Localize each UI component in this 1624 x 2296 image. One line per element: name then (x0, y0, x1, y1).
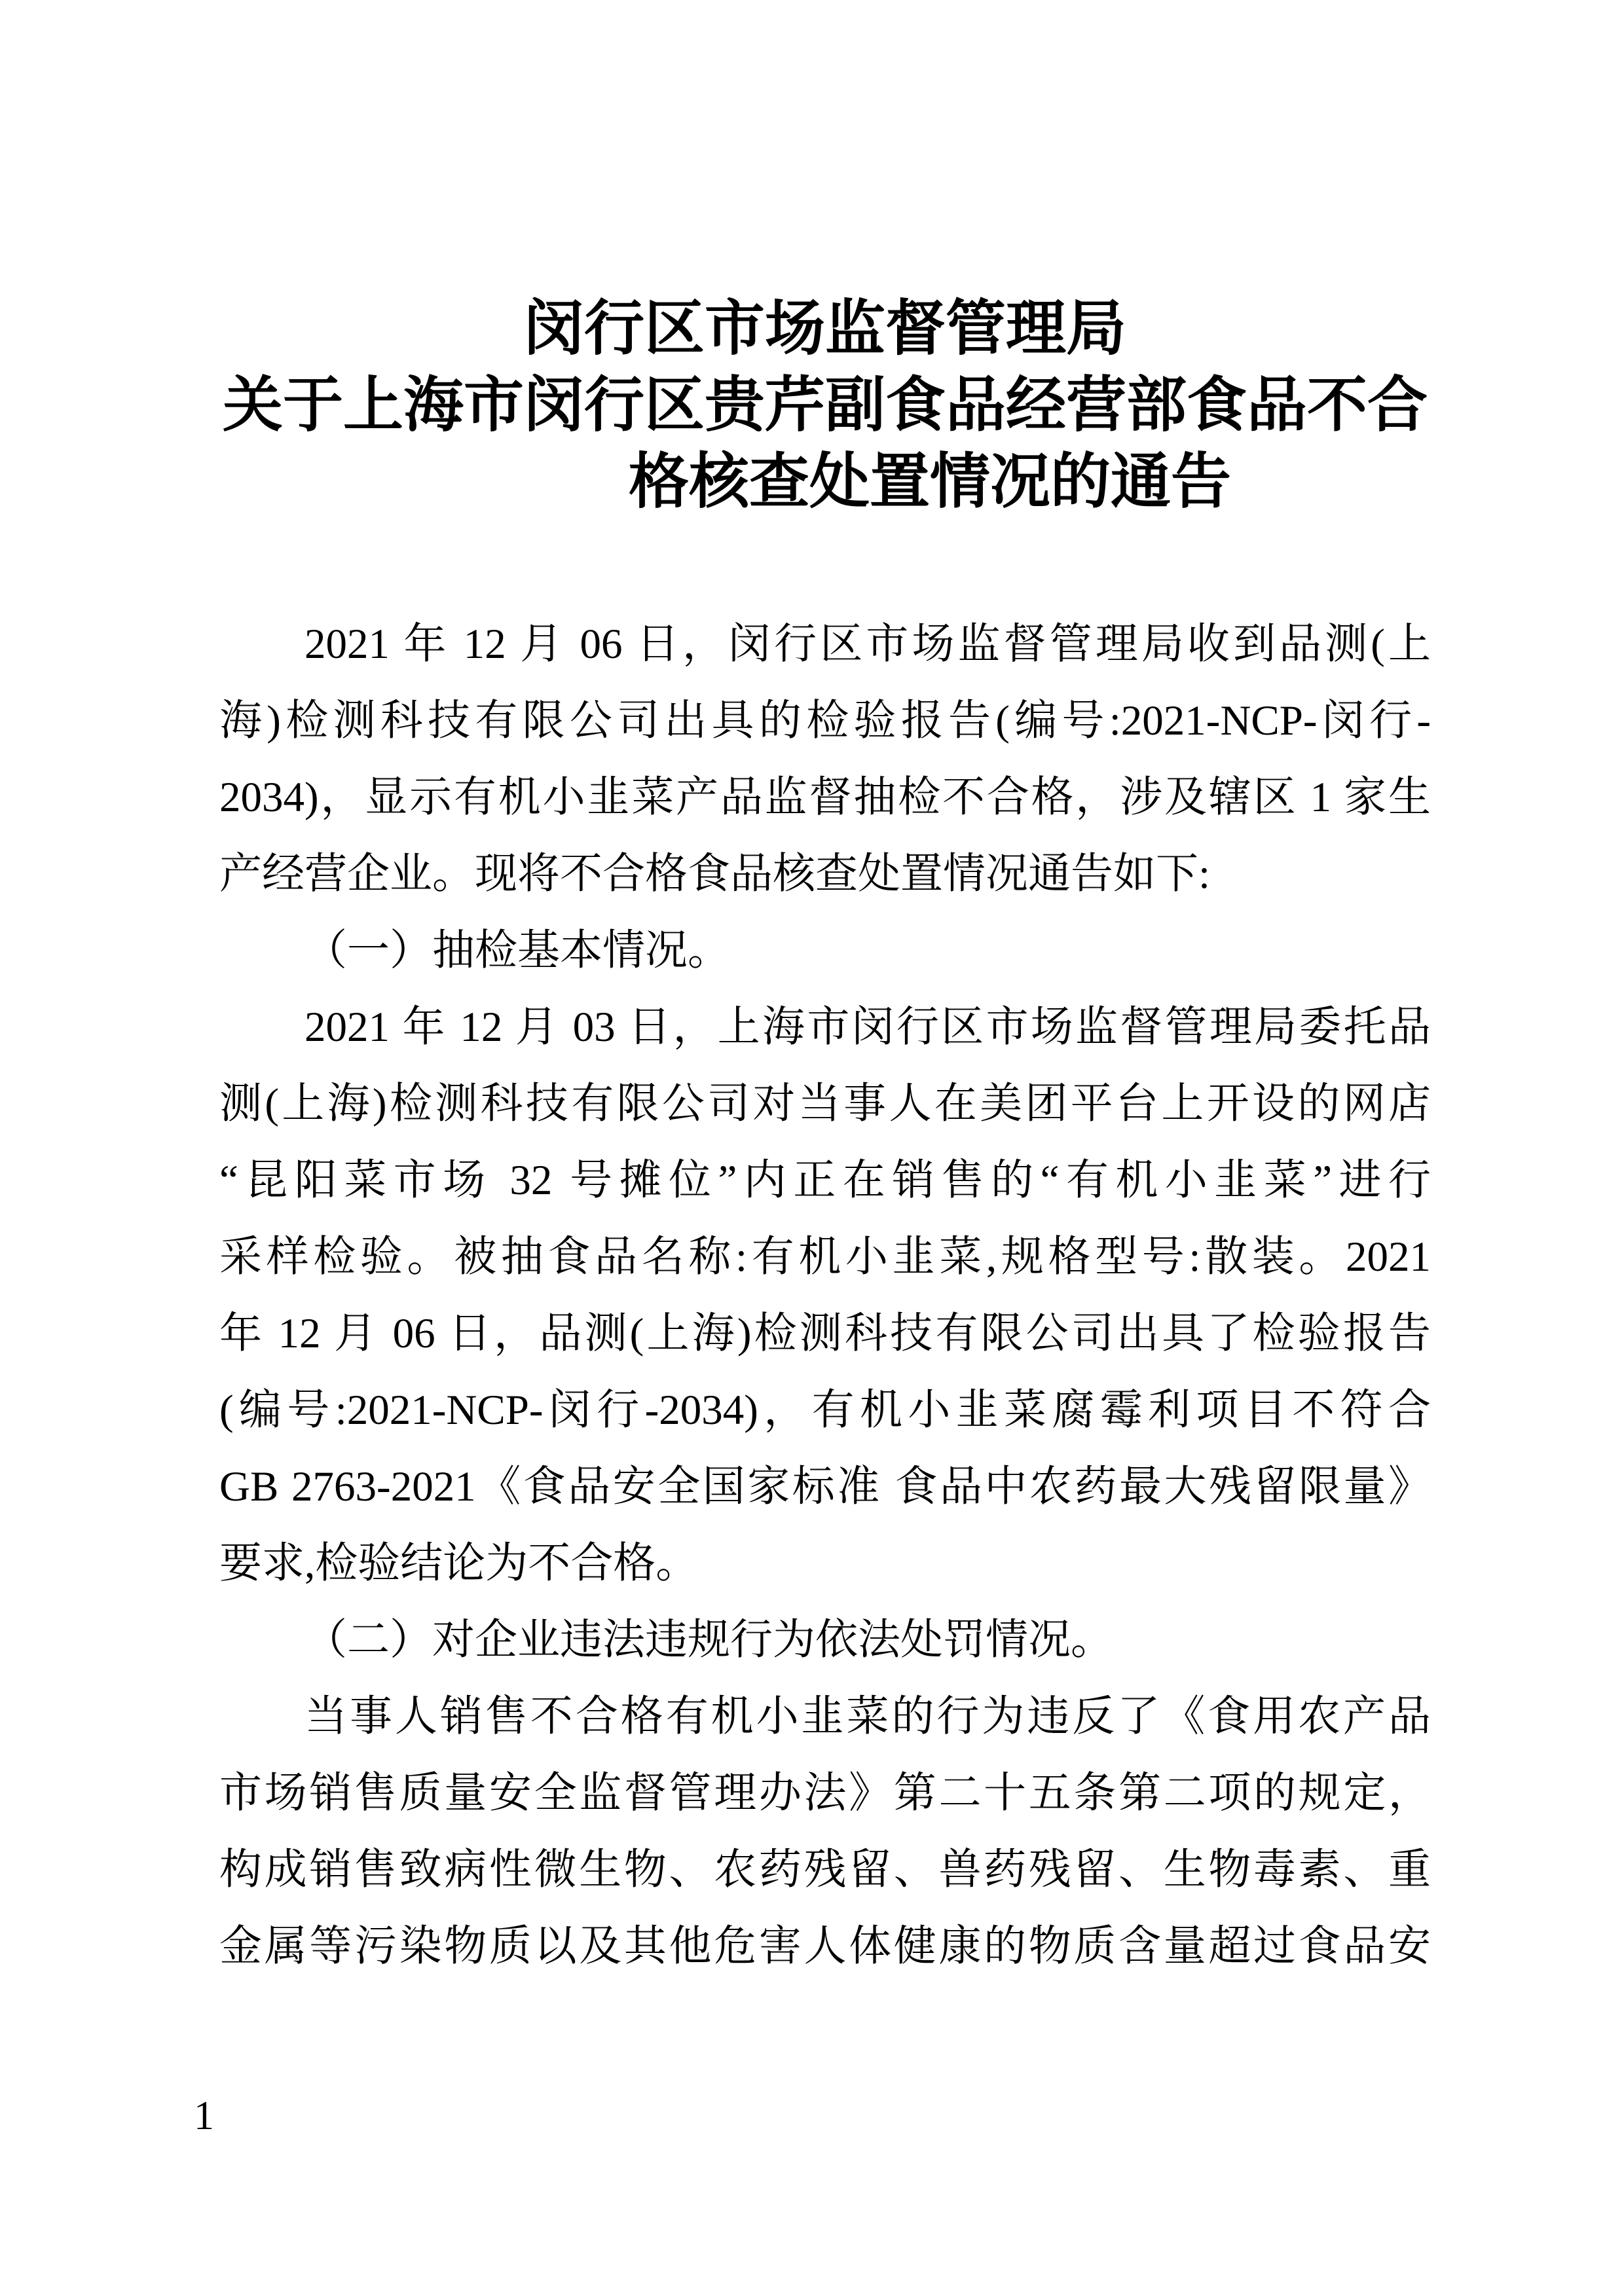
body-line: 2034)，显示有机小韭菜产品监督抽检不合格，涉及辖区 1 家生 (219, 759, 1431, 836)
body-line: 采样检验。被抽食品名称:有机小韭菜,规格型号:散装。2021 (219, 1219, 1431, 1296)
body-line: 年 12 月 06 日，品测(上海)检测科技有限公司出具了检验报告 (219, 1296, 1431, 1372)
body-line: 产经营企业。现将不合格食品核查处置情况通告如下: (219, 836, 1431, 913)
body-line: （一）抽检基本情况。 (219, 913, 1431, 989)
document-page: 闵行区市场监督管理局 关于上海市闵行区贵芹副食品经营部食品不合 格核查处置情况的… (0, 0, 1624, 2296)
title-line: 闵行区市场监督管理局 (219, 291, 1431, 367)
body-line: 测(上海)检测科技有限公司对当事人在美团平台上开设的网店 (219, 1066, 1431, 1142)
body-line: 2021 年 12 月 03 日，上海市闵行区市场监督管理局委托品 (219, 989, 1431, 1066)
body-line: （二）对企业违法违规行为依法处罚情况。 (219, 1602, 1431, 1679)
body-line: 2021 年 12 月 06 日，闵行区市场监督管理局收到品测(上 (219, 606, 1431, 683)
page-footer: 1 (194, 2090, 214, 2142)
paragraph-inspection-details: 2021 年 12 月 03 日，上海市闵行区市场监督管理局委托品 测(上海)检… (219, 989, 1431, 1602)
paragraph-penalty-details: 当事人销售不合格有机小韭菜的行为违反了《食用农产品 市场销售质量安全监督管理办法… (219, 1679, 1431, 1985)
body-line: 金属等污染物质以及其他危害人体健康的物质含量超过食品安 (219, 1908, 1431, 1985)
paragraph-intro: 2021 年 12 月 06 日，闵行区市场监督管理局收到品测(上 海)检测科技… (219, 606, 1431, 913)
paragraph-section-1-heading: （一）抽检基本情况。 (219, 913, 1431, 989)
body-line: (编号:2021-NCP-闵行-2034)，有机小韭菜腐霉利项目不符合 (219, 1372, 1431, 1449)
body-line: 海)检测科技有限公司出具的检验报告(编号:2021-NCP-闵行- (219, 683, 1431, 759)
body-line: 构成销售致病性微生物、农药残留、兽药残留、生物毒素、重 (219, 1832, 1431, 1908)
title-line: 格核查处置情况的通告 (324, 444, 1536, 520)
body-line: 当事人销售不合格有机小韭菜的行为违反了《食用农产品 (219, 1679, 1431, 1755)
document-body: 2021 年 12 月 06 日，闵行区市场监督管理局收到品测(上 海)检测科技… (219, 606, 1431, 1985)
body-line: “昆阳菜市场 32 号摊位”内正在销售的“有机小韭菜”进行 (219, 1142, 1431, 1219)
title-line: 关于上海市闵行区贵芹副食品经营部食品不合 (219, 367, 1431, 444)
body-line: 市场销售质量安全监督管理办法》第二十五条第二项的规定， (219, 1755, 1431, 1832)
paragraph-section-2-heading: （二）对企业违法违规行为依法处罚情况。 (219, 1602, 1431, 1679)
body-line: 要求,检验结论为不合格。 (219, 1525, 1431, 1602)
document-title: 闵行区市场监督管理局 关于上海市闵行区贵芹副食品经营部食品不合 格核查处置情况的… (219, 291, 1431, 520)
page-number: 1 (194, 2094, 214, 2138)
body-line: GB 2763-2021《食品安全国家标准 食品中农药最大残留限量》 (219, 1449, 1431, 1525)
